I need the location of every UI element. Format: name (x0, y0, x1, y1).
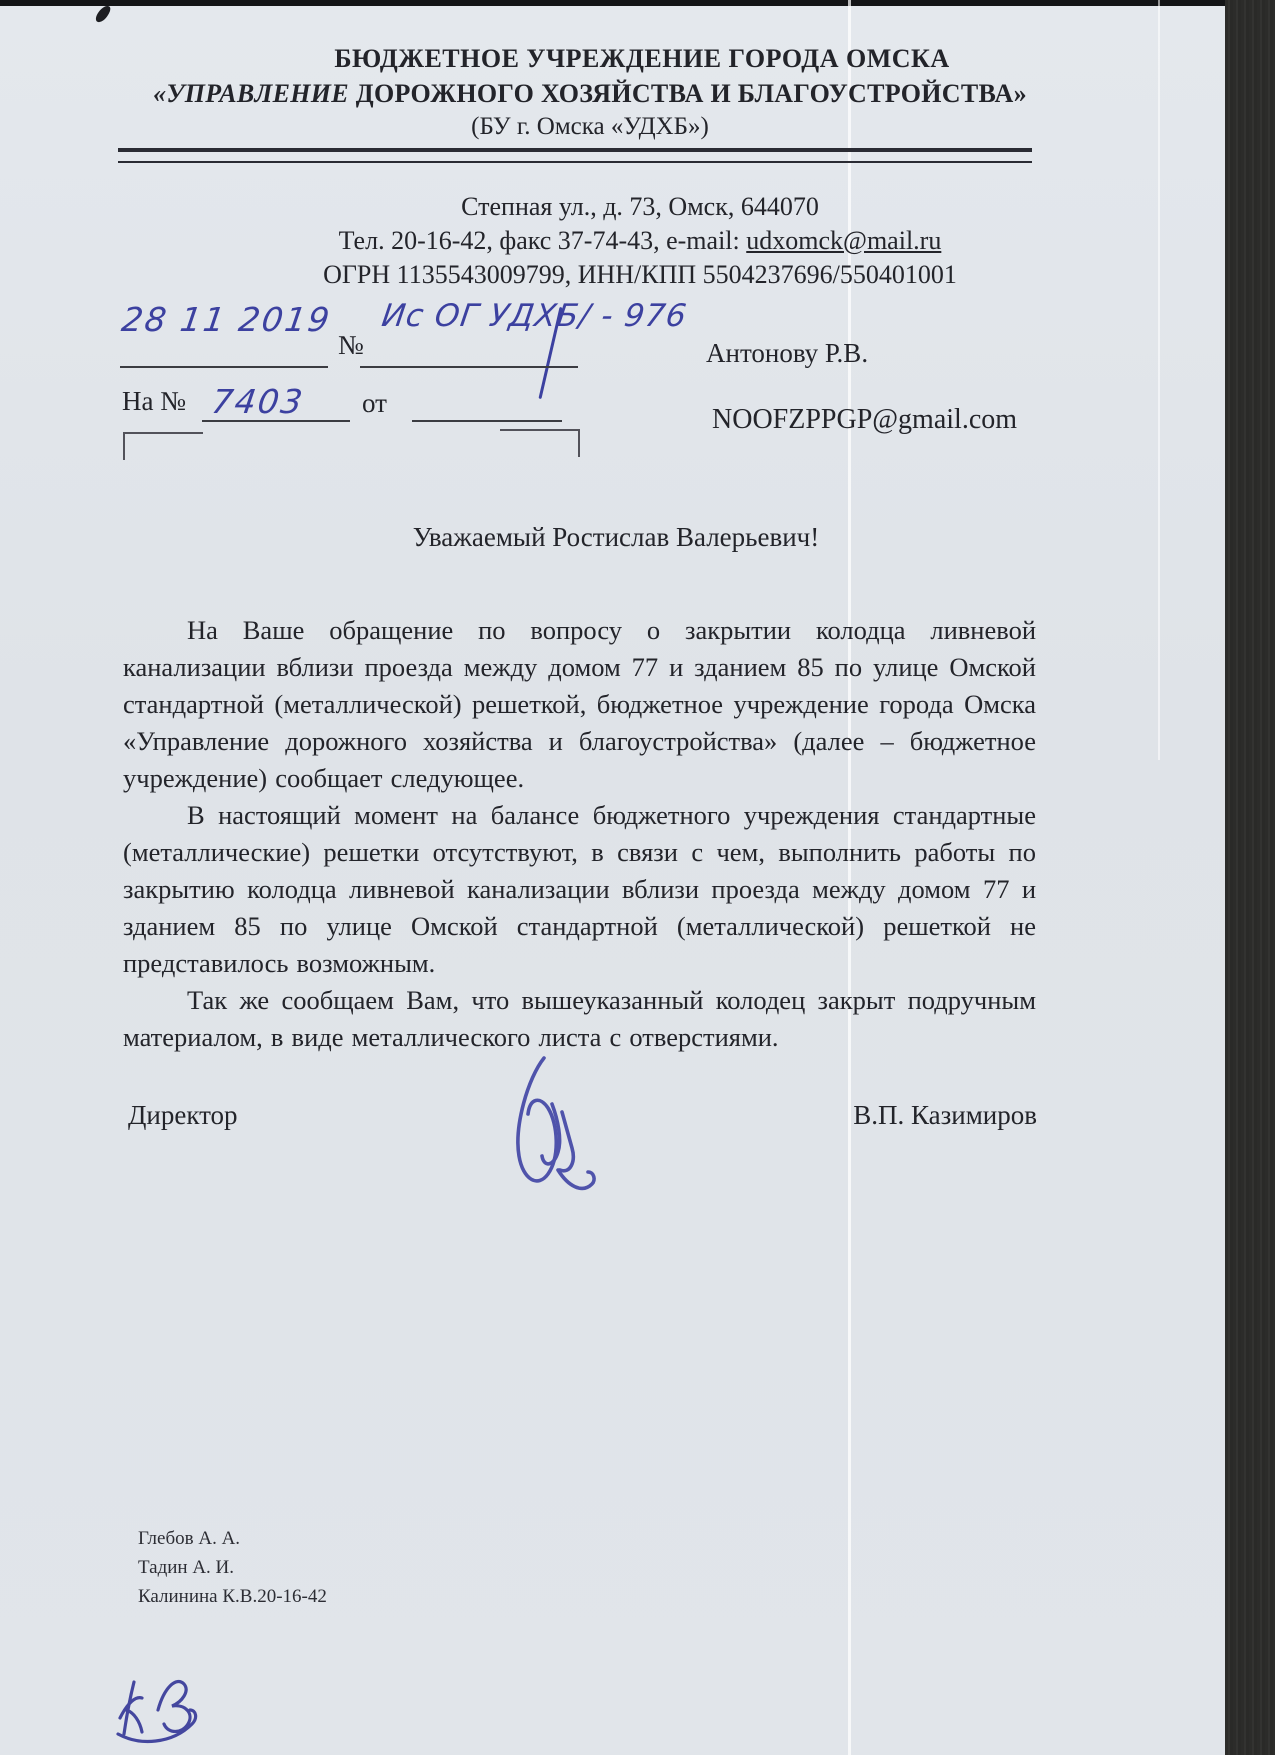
org-name-line2: «УПРАВЛЕНИЕ ДОРОЖНОГО ХОЗЯЙСТВА И БЛАГОУ… (95, 79, 1085, 109)
handwritten-initials (100, 1658, 220, 1753)
org-address: Степная ул., д. 73, Омск, 644070 (145, 190, 1135, 224)
recipient-name: Антонову Р.В. (706, 338, 868, 369)
number-sign-label: № (338, 330, 364, 361)
scanned-letter-page: БЮДЖЕТНОЕ УЧРЕЖДЕНИЕ ГОРОДА ОМСКА «УПРАВ… (0, 0, 1275, 1755)
director-signature (478, 1052, 618, 1202)
body-paragraph-3: Так же сообщаем Вам, что вышеуказанный к… (123, 982, 1036, 1056)
signature-stroke (478, 1052, 618, 1202)
from-date-underline (412, 420, 562, 422)
org-contact-block: Степная ул., д. 73, Омск, 644070 Тел. 20… (145, 190, 1135, 292)
scan-artifact-mark (94, 5, 113, 24)
org-phone-text: Тел. 20-16-42, факс 37-74-43, e-mail: (339, 226, 747, 255)
letterhead: БЮДЖЕТНОЕ УЧРЕЖДЕНИЕ ГОРОДА ОМСКА «УПРАВ… (95, 44, 1085, 141)
letterhead-divider (118, 148, 1032, 163)
address-window-corner-left (123, 432, 203, 460)
scan-artifact-top-edge (0, 0, 1275, 6)
letter-body: На Ваше обращение по вопросу о закрытии … (123, 612, 1036, 1056)
date-underline (120, 366, 328, 368)
handwritten-incoming-number: 7403 (209, 382, 306, 421)
address-window-corner-right (500, 429, 580, 457)
incoming-number-label: На № (122, 386, 186, 417)
incoming-number-underline (202, 420, 350, 422)
handwritten-date: 28 11 2019 (119, 300, 333, 339)
executors-block: Глебов А. А. Тадин А. И. Калинина К.В.20… (138, 1524, 327, 1611)
org-ogrn-line: ОГРН 1135543009799, ИНН/КПП 5504237696/5… (145, 258, 1135, 292)
scan-crease-side (1158, 0, 1160, 760)
org-abbreviation: (БУ г. Омска «УДХБ») (95, 113, 1085, 141)
recipient-email: NOOFZPPGP@gmail.com (712, 404, 1017, 436)
org-name-line1: БЮДЖЕТНОЕ УЧРЕЖДЕНИЕ ГОРОДА ОМСКА (147, 44, 1137, 74)
executor-1: Глебов А. А. (138, 1524, 327, 1553)
executor-3: Калинина К.В.20-16-42 (138, 1582, 327, 1611)
from-date-label: от (362, 388, 387, 419)
initials-stroke (100, 1658, 220, 1753)
executor-2: Тадин А. И. (138, 1553, 327, 1582)
org-name-line2-italic: «УПРАВЛЕНИЕ (153, 79, 349, 108)
body-paragraph-1: На Ваше обращение по вопросу о закрытии … (123, 612, 1036, 797)
org-phone-line: Тел. 20-16-42, факс 37-74-43, e-mail: ud… (145, 224, 1135, 258)
org-name-line2-rest: ДОРОЖНОГО ХОЗЯЙСТВА И БЛАГОУСТРОЙСТВА» (349, 79, 1027, 108)
number-underline (360, 366, 578, 368)
scan-artifact-right-strip (1225, 0, 1275, 1755)
signer-title: Директор (128, 1100, 238, 1131)
salutation: Уважаемый Ростислав Валерьевич! (120, 522, 1112, 553)
handwritten-outgoing-number: Ис ОГ УДХБ/ - 976 (379, 298, 689, 334)
body-paragraph-2: В настоящий момент на балансе бюджетного… (123, 797, 1036, 982)
org-email: udxomck@mail.ru (746, 226, 941, 255)
signer-name: В.П. Казимиров (835, 1100, 1037, 1131)
